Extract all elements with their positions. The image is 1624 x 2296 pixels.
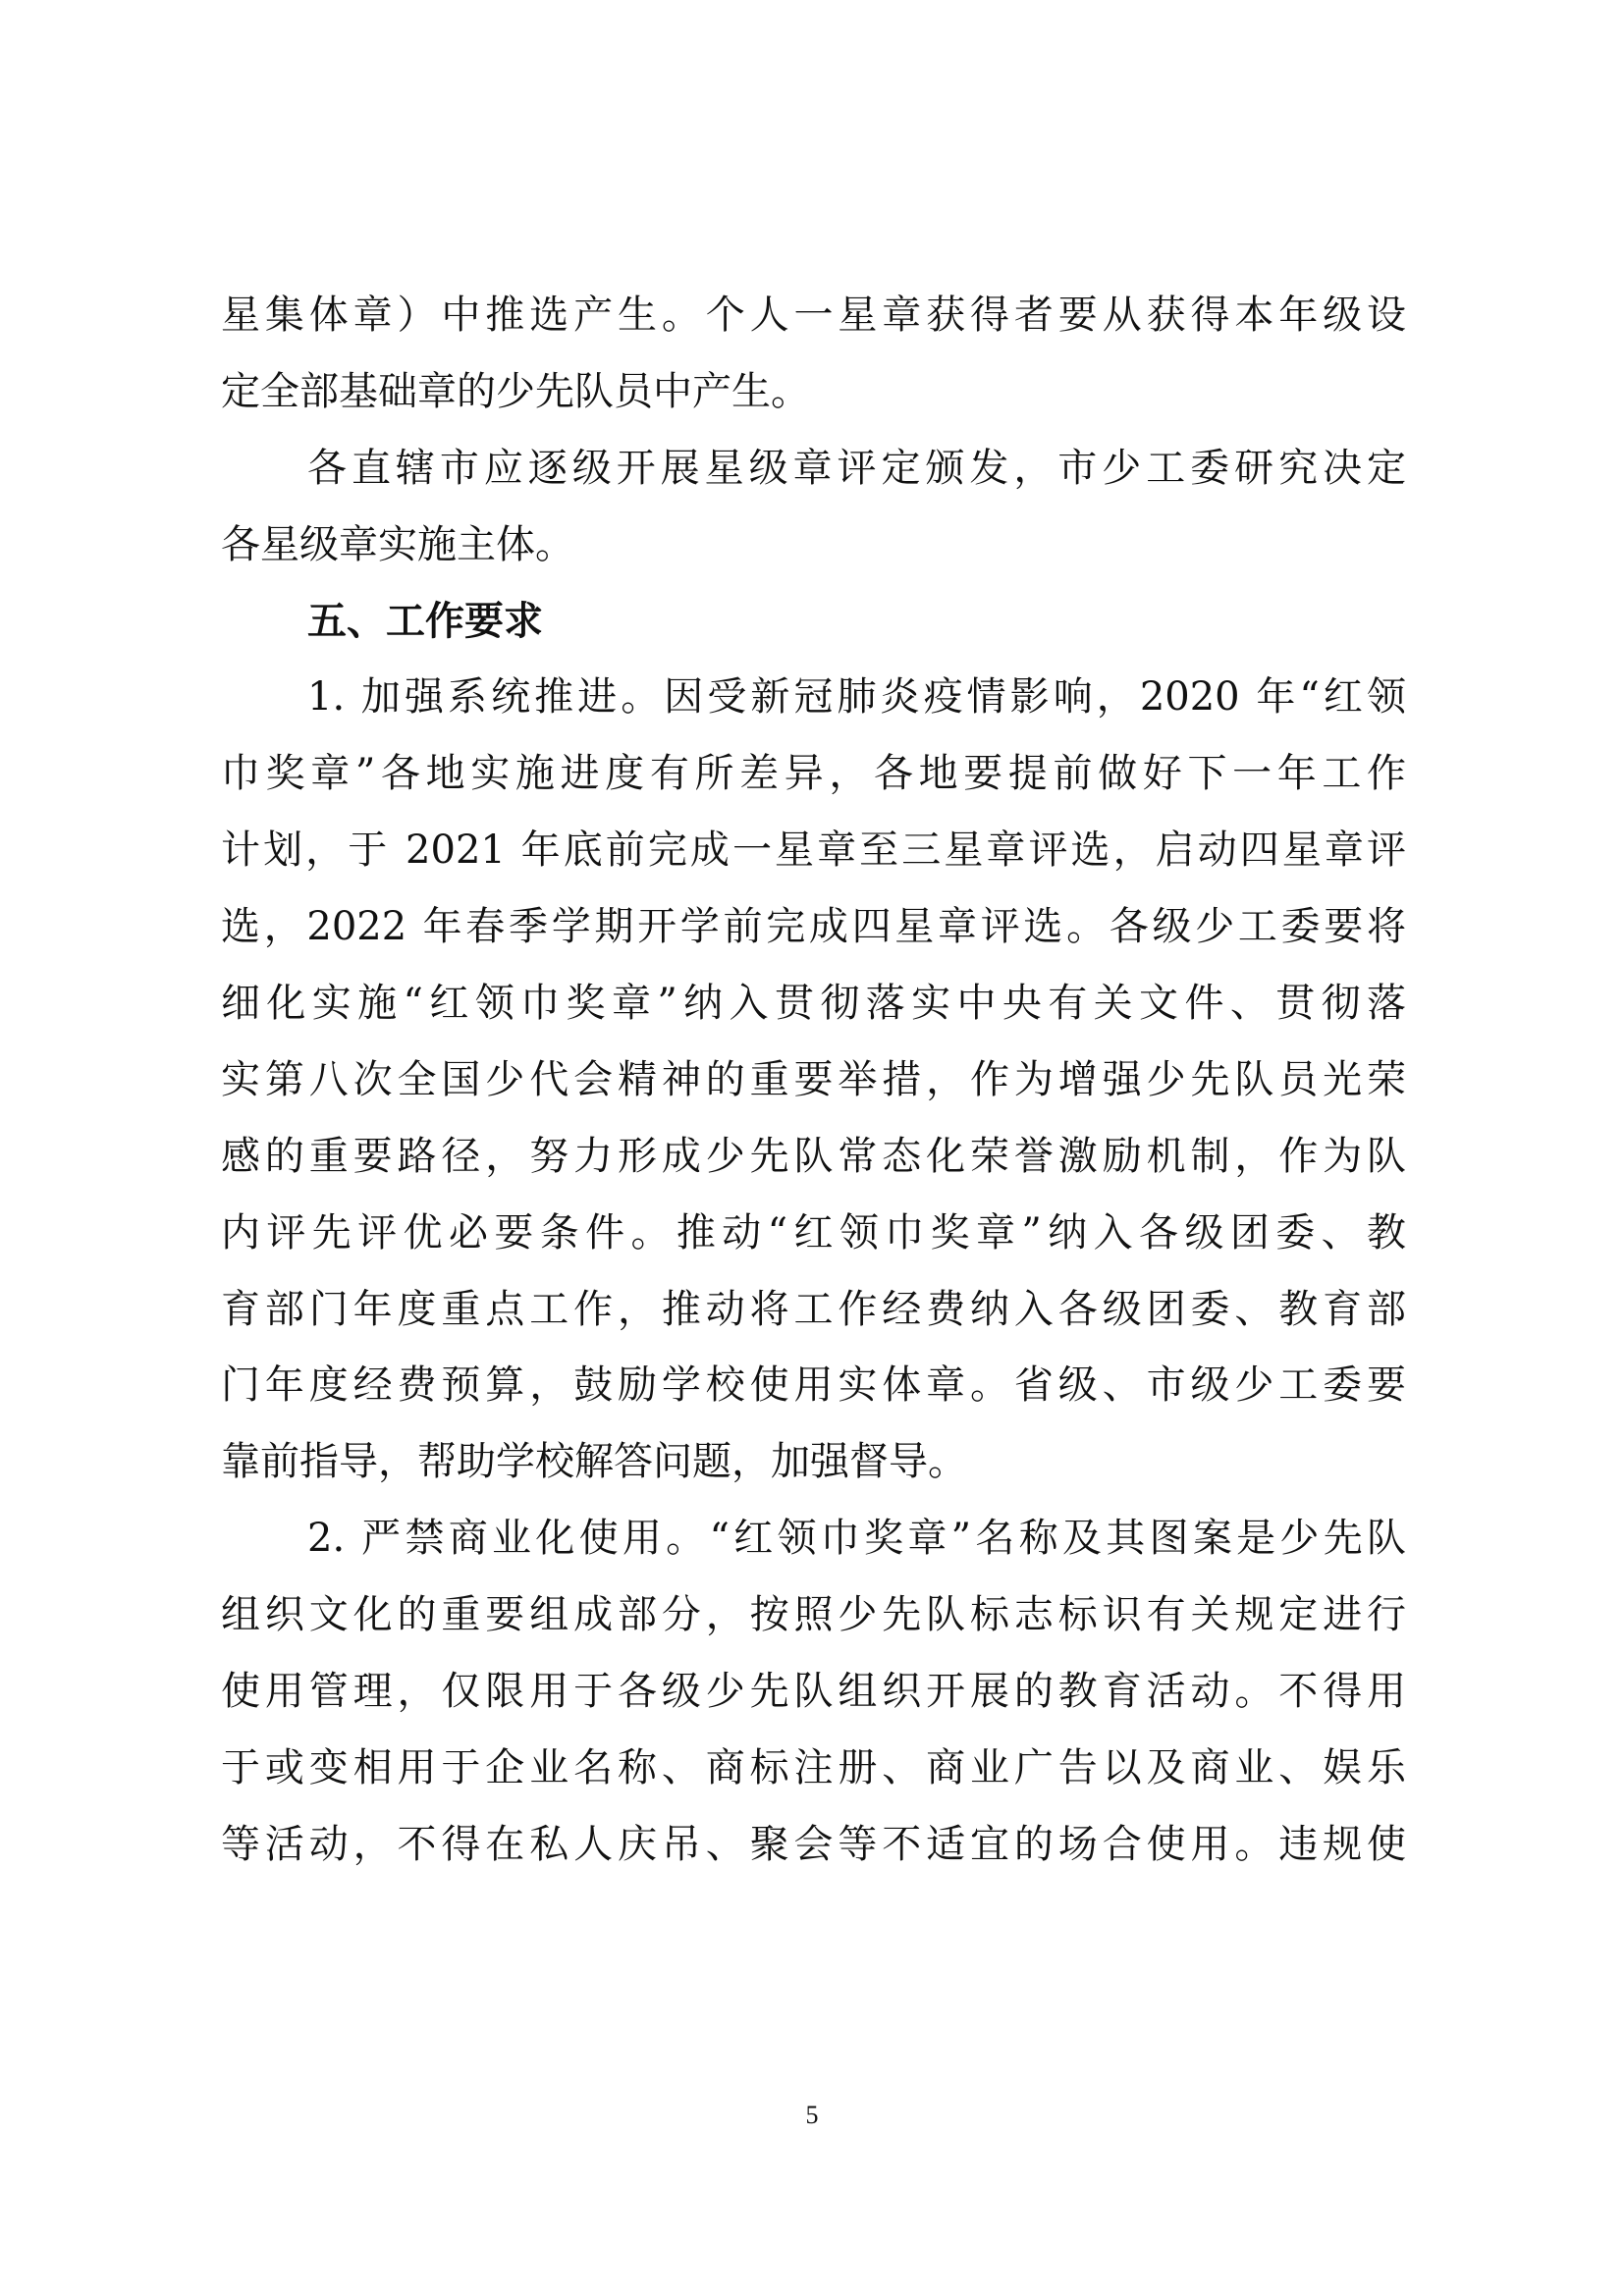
paragraph-line: 内评先评优必要条件。推动“红领巾奖章”纳入各级团委、教 (221, 1202, 1406, 1279)
item-2-label: 2. 严禁商业化使用。 (307, 1516, 709, 1561)
document-page: 星集体章）中推选产生。个人一星章获得者要从获得本年级设 定全部基础章的少先队员中… (0, 0, 1624, 2296)
paragraph-line: 组织文化的重要组成部分，按照少先队标志标识有关规定进行 (221, 1584, 1406, 1661)
item-1-first-line: 1. 加强系统推进。因受新冠肺炎疫情影响，2020 年“红领 (221, 667, 1406, 743)
paragraph-line: 各星级章实施主体。 (221, 514, 1406, 591)
paragraph-line: 育部门年度重点工作，推动将工作经费纳入各级团委、教育部 (221, 1279, 1406, 1356)
paragraph-line: 等活动，不得在私人庆吊、聚会等不适宜的场合使用。违规使 (221, 1814, 1406, 1891)
section-heading: 五、工作要求 (221, 591, 1406, 667)
paragraph-line: 于或变相用于企业名称、商标注册、商业广告以及商业、娱乐 (221, 1737, 1406, 1814)
paragraph-line: 计划，于 2021 年底前完成一星章至三星章评选，启动四星章评 (221, 820, 1406, 896)
paragraph-line: 巾奖章”各地实施进度有所差异，各地要提前做好下一年工作 (221, 743, 1406, 820)
paragraph-line: 门年度经费预算，鼓励学校使用实体章。省级、市级少工委要 (221, 1355, 1406, 1431)
document-body: 星集体章）中推选产生。个人一星章获得者要从获得本年级设 定全部基础章的少先队员中… (221, 285, 1406, 1891)
paragraph-line: 细化实施“红领巾奖章”纳入贯彻落实中央有关文件、贯彻落 (221, 973, 1406, 1049)
paragraph-line: 各直辖市应逐级开展星级章评定颁发，市少工委研究决定 (221, 438, 1406, 514)
paragraph-line: 实第八次全国少代会精神的重要举措，作为增强少先队员光荣 (221, 1049, 1406, 1126)
item-1-text: 因受新冠肺炎疫情影响，2020 年“红领 (664, 674, 1406, 720)
paragraph-line: 星集体章）中推选产生。个人一星章获得者要从获得本年级设 (221, 285, 1406, 361)
paragraph-line: 使用管理，仅限用于各级少先队组织开展的教育活动。不得用 (221, 1661, 1406, 1737)
paragraph-line: 感的重要路径，努力形成少先队常态化荣誉激励机制，作为队 (221, 1126, 1406, 1202)
item-1-label: 1. 加强系统推进。 (307, 674, 664, 720)
item-2-first-line: 2. 严禁商业化使用。“红领巾奖章”名称及其图案是少先队 (221, 1508, 1406, 1584)
paragraph-line: 靠前指导，帮助学校解答问题，加强督导。 (221, 1431, 1406, 1508)
page-number: 5 (0, 2101, 1624, 2130)
paragraph-line: 选，2022 年春季学期开学前完成四星章评选。各级少工委要将 (221, 896, 1406, 973)
paragraph-line: 定全部基础章的少先队员中产生。 (221, 361, 1406, 438)
item-2-text: “红领巾奖章”名称及其图案是少先队 (709, 1516, 1406, 1561)
